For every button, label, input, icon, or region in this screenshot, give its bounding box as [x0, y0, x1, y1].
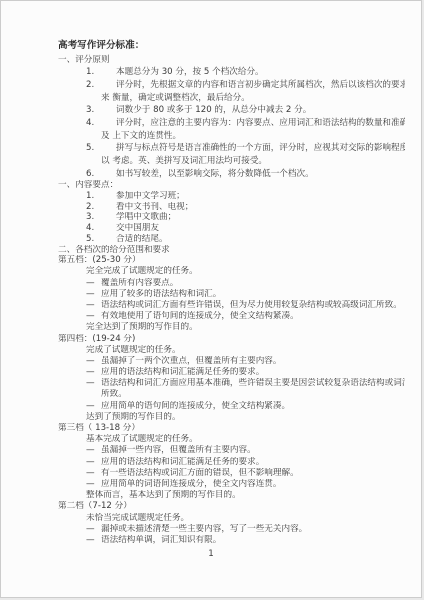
numbered-item: 1.本题总分为 30 分，按 5 个档次给分。: [58, 66, 405, 79]
item-text: 评分时，先根据文章的内容和语言初步确定其所属档次，然后以该档次的要求: [116, 79, 405, 92]
band-description: 基本完成了试题规定的任务。: [58, 434, 405, 445]
band-heading: 第二档（7-12 分）: [58, 501, 405, 512]
band-heading: 第五档：(25-30 分）: [58, 255, 405, 266]
page-number: 1: [1, 549, 421, 559]
dash-marker: —: [86, 300, 101, 311]
band-description: 完全完成了试题规定的任务。: [58, 266, 405, 277]
band-description: 达到了预期的写作目的。: [58, 412, 405, 423]
item-text: 参加中文学习班；: [116, 191, 405, 202]
numbered-item: 5.合适的结尾。: [58, 234, 405, 245]
item-text: 本题总分为 30 分，按 5 个档次给分。: [116, 66, 405, 79]
numbered-item: 6.如书写较差，以至影响交际，将分数降低一个档次。: [58, 168, 405, 181]
bullet-item: —应用的语法结构和词汇能满足任务的要求。: [58, 457, 405, 468]
item-text: 合适的结尾。: [116, 234, 405, 245]
bullet-item: —应用的语法结构和词汇能满足任务的要求。: [58, 367, 405, 378]
dash-marker: —: [86, 378, 101, 389]
dash-marker: —: [86, 445, 101, 456]
item-text: 评分时，应注意的主要内容为：内容要点、应用词汇和语法结构的数量和准确性: [116, 117, 405, 130]
numbered-item: 4.评分时，应注意的主要内容为：内容要点、应用词汇和语法结构的数量和准确性: [58, 117, 405, 130]
bullet-item: —语法结构或词汇方面有些许错误，但为尽力使用较复杂结构或较高级词汇所致。: [58, 300, 405, 311]
continuation-line: 以 考虑。英、美拼写及词汇用法均可接受。: [58, 155, 405, 168]
numbered-item: 5.拼写与标点符号是语言准确性的一个方面，评分时，应视其对交际的影响程度予: [58, 142, 405, 155]
bullet-item: —有效地使用了语句间的连接成分，使全文结构紧凑。: [58, 311, 405, 322]
bullet-item: —虽漏掉一些内容，但覆盖所有主要内容。: [58, 445, 405, 456]
band-description: 完全达到了预期的写作目的。: [58, 322, 405, 333]
bullet-item: —应用简单的语句间的连接成分，使全文结构紧凑。: [58, 401, 405, 412]
dash-marker: —: [86, 401, 101, 412]
band-description: 完成了试题规定的任务。: [58, 345, 405, 356]
numbered-item: 3.学唱中文歌曲；: [58, 212, 405, 223]
bullet-item: —有一些语法结构或词汇方面的错误，但不影响理解。: [58, 468, 405, 479]
item-text: 如书写较差，以至影响交际，将分数降低一个档次。: [116, 168, 405, 181]
dash-marker: —: [86, 289, 101, 300]
numbered-item: 1.参加中文学习班；: [58, 191, 405, 202]
item-number: 5.: [86, 142, 116, 155]
document-page: 高考写作评分标准： 一、评分原则 1.本题总分为 30 分，按 5 个档次给分。…: [0, 0, 422, 598]
item-number: 4.: [86, 117, 116, 130]
item-text: 交中国朋友: [116, 223, 405, 234]
item-number: 2.: [86, 202, 116, 213]
dash-marker: —: [86, 524, 101, 535]
numbered-item: 3.词数少于 80 或多于 120 的，从总分中减去 2 分。: [58, 104, 405, 117]
continuation-line: 来 衡量，确定或调整档次，最后给分。: [58, 92, 405, 105]
bullet-item: —覆盖所有内容要点。: [58, 278, 405, 289]
dash-marker: —: [86, 356, 101, 367]
band-description: 整体而言，基本达到了预期的写作目的。: [58, 490, 405, 501]
item-text: 看中文书刊、电视；: [116, 202, 405, 213]
item-text: 拼写与标点符号是语言准确性的一个方面，评分时，应视其对交际的影响程度予: [116, 142, 405, 155]
document-body: 高考写作评分标准： 一、评分原则 1.本题总分为 30 分，按 5 个档次给分。…: [58, 39, 405, 546]
continuation-line: 所致。: [58, 389, 405, 400]
page-title: 高考写作评分标准：: [58, 39, 405, 54]
band-heading: 第三档（ 13-18 分）: [58, 423, 405, 434]
dash-marker: —: [86, 535, 101, 546]
item-number: 3.: [86, 104, 116, 117]
numbered-item: 2.看中文书刊、电视；: [58, 202, 405, 213]
dash-marker: —: [86, 468, 101, 479]
dash-marker: —: [86, 367, 101, 378]
item-number: 5.: [86, 234, 116, 245]
section-heading: 二、各档次的给分范围和要求: [58, 245, 405, 256]
item-number: 1.: [86, 191, 116, 202]
numbered-item: 2.评分时，先根据文章的内容和语言初步确定其所属档次，然后以该档次的要求: [58, 79, 405, 92]
dash-marker: —: [86, 311, 101, 322]
item-text: 词数少于 80 或多于 120 的，从总分中减去 2 分。: [116, 104, 405, 117]
band-heading: 第四档：(19-24 分): [58, 334, 405, 345]
item-number: 1.: [86, 66, 116, 79]
item-number: 6.: [86, 168, 116, 181]
item-number: 3.: [86, 212, 116, 223]
bullet-item: —虽漏掉了一两个次重点，但覆盖所有主要内容。: [58, 356, 405, 367]
dash-marker: —: [86, 278, 101, 289]
item-text: 学唱中文歌曲；: [116, 212, 405, 223]
dash-marker: —: [86, 479, 101, 490]
page-title-text: 高考写作评分标准：: [58, 39, 405, 52]
numbered-item: 4.交中国朋友: [58, 223, 405, 234]
band-description: 未恰当完成试题规定任务。: [58, 513, 405, 524]
bullet-item: —漏掉或未描述清楚一些主要内容，写了一些无关内容。: [58, 524, 405, 535]
section-heading: 一、评分原则: [58, 54, 405, 67]
continuation-line: 及 上下文的连贯性。: [58, 130, 405, 143]
bullet-item: —语法结构单调，词汇知识有限。: [58, 535, 405, 546]
bullet-item: —语法结构和词汇方面应用基本准确，些许错误主要是因尝试较复杂语法结构或词汇: [58, 378, 405, 389]
bullet-item: —应用简单的词语间连接成分，使全文内容连贯。: [58, 479, 405, 490]
item-number: 4.: [86, 223, 116, 234]
section-heading: 一、内容要点：: [58, 180, 405, 191]
item-number: 2.: [86, 79, 116, 92]
dash-marker: —: [86, 457, 101, 468]
bullet-item: —应用了较多的语法结构和词汇。: [58, 289, 405, 300]
